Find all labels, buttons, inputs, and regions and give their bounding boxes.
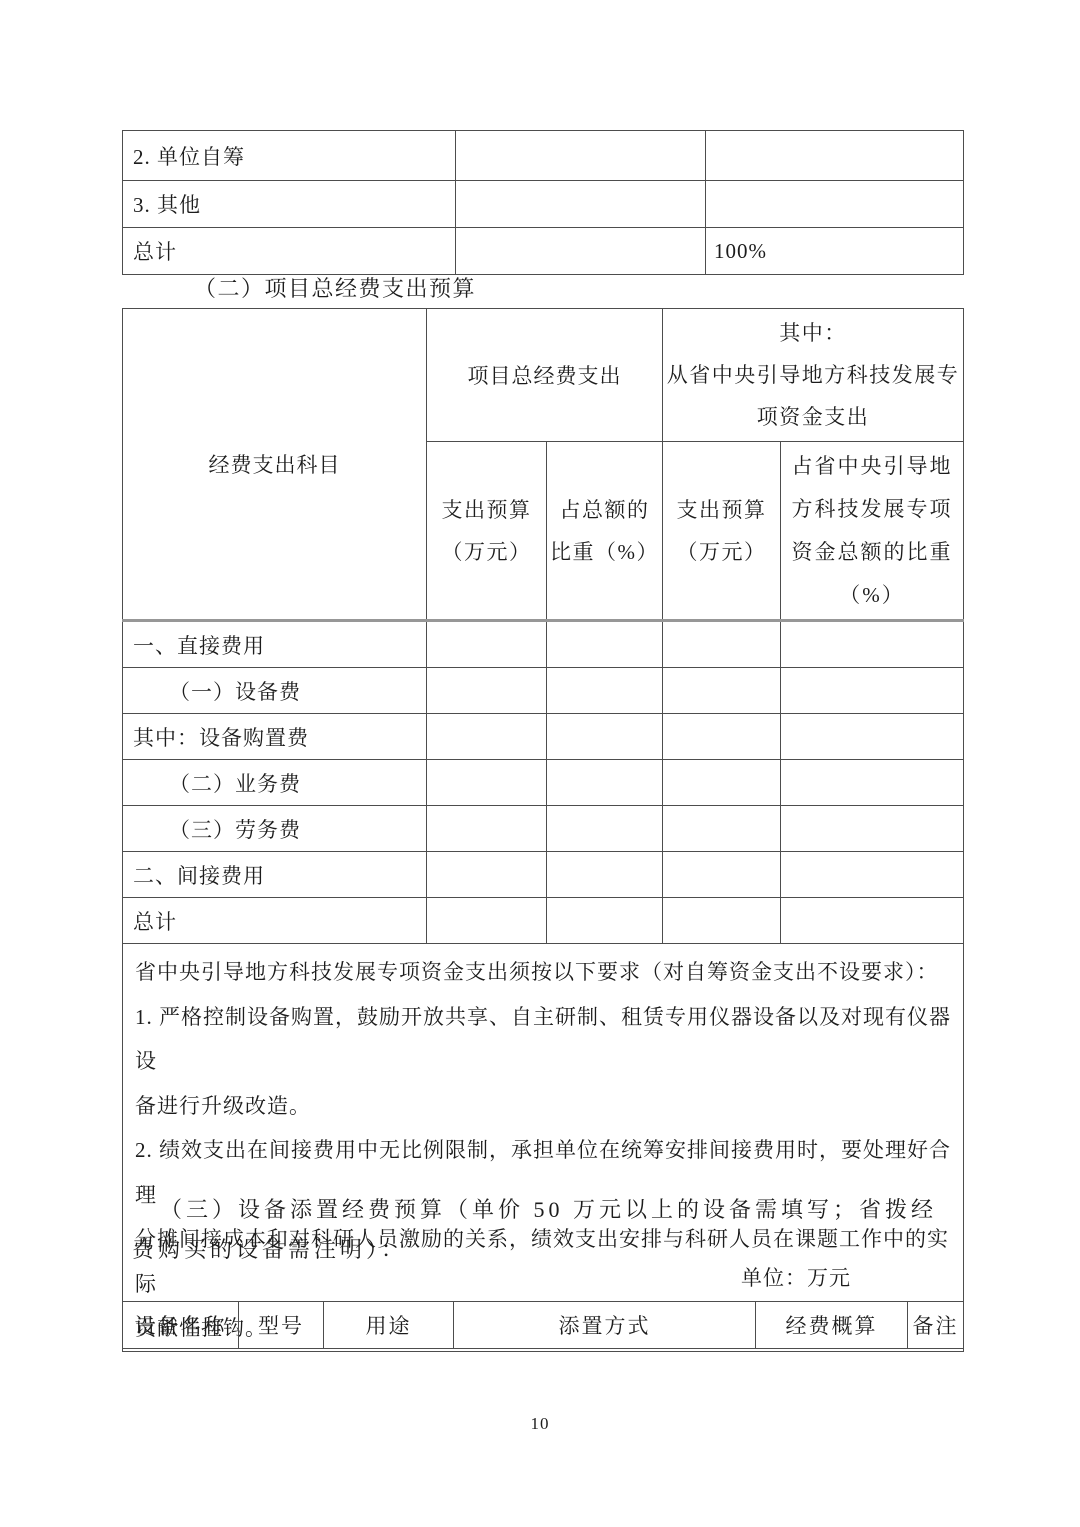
header-line: （%） bbox=[782, 574, 962, 617]
equipment-purpose-header: 用途 bbox=[324, 1302, 454, 1349]
funding-sources-table: 2. 单位自筹 3. 其他 总计 100% bbox=[122, 130, 964, 275]
value-cell bbox=[781, 621, 964, 668]
value-cell bbox=[427, 898, 547, 944]
note-line: 1. 严格控制设备购置，鼓励开放共享、自主研制、租赁专用仪器设备以及对现有仪器设 bbox=[135, 995, 951, 1084]
value-cell bbox=[781, 668, 964, 714]
funding-ratio-cell bbox=[706, 181, 964, 228]
table-row: 3. 其他 bbox=[123, 181, 964, 228]
expense-row-label: （三）劳务费 bbox=[123, 806, 427, 852]
value-cell bbox=[547, 714, 663, 760]
header-budget-col: 支出预算 （万元） bbox=[427, 442, 547, 621]
header-fund-budget-col: 支出预算 （万元） bbox=[663, 442, 781, 621]
page-number: 10 bbox=[0, 1414, 1080, 1434]
table-header-row: 经费支出科目 项目总经费支出 其中： 从省中央引导地方科技发展专 项资金支出 bbox=[123, 309, 964, 442]
value-cell bbox=[427, 714, 547, 760]
funding-budget-cell bbox=[456, 181, 706, 228]
expense-row-label: （一）设备费 bbox=[123, 668, 427, 714]
funding-budget-cell bbox=[456, 228, 706, 275]
table-row: （二）业务费 bbox=[123, 760, 964, 806]
table-row: 总计 bbox=[123, 898, 964, 944]
value-cell bbox=[547, 806, 663, 852]
funding-ratio-cell bbox=[706, 131, 964, 181]
value-cell bbox=[427, 852, 547, 898]
value-cell bbox=[547, 621, 663, 668]
funding-total-label: 总计 bbox=[123, 228, 456, 275]
header-group-special-fund: 其中： 从省中央引导地方科技发展专 项资金支出 bbox=[663, 309, 964, 442]
header-fund-ratio-col: 占省中央引导地 方科技发展专项 资金总额的比重 （%） bbox=[781, 442, 964, 621]
funding-total-ratio: 100% bbox=[706, 228, 964, 275]
header-group-total-expenditure: 项目总经费支出 bbox=[427, 309, 663, 442]
value-cell bbox=[663, 668, 781, 714]
header-line: 占总额的 bbox=[548, 489, 661, 531]
value-cell bbox=[427, 760, 547, 806]
expense-total-label: 总计 bbox=[123, 898, 427, 944]
table-row: 一、直接费用 bbox=[123, 621, 964, 668]
table-row: 2. 单位自筹 bbox=[123, 131, 964, 181]
table-header-row: 设备名称 型号 用途 添置方式 经费概算 备注 bbox=[123, 1302, 964, 1349]
value-cell bbox=[663, 760, 781, 806]
expense-row-label: 一、直接费用 bbox=[123, 621, 427, 668]
equipment-acquisition-header: 添置方式 bbox=[454, 1302, 756, 1349]
value-cell bbox=[663, 714, 781, 760]
equipment-budget-table: 设备名称 型号 用途 添置方式 经费概算 备注 bbox=[122, 1301, 964, 1349]
value-cell bbox=[781, 898, 964, 944]
header-line: 支出预算 bbox=[664, 489, 779, 531]
unit-label: 单位：万元 bbox=[122, 1262, 963, 1292]
value-cell bbox=[781, 852, 964, 898]
header-subject-cell: 经费支出科目 bbox=[123, 309, 427, 621]
header-ratio-col: 占总额的 比重（%） bbox=[547, 442, 663, 621]
value-cell bbox=[781, 714, 964, 760]
value-cell bbox=[663, 852, 781, 898]
document-page: 2. 单位自筹 3. 其他 总计 100% （二）项目总经费支出预算 经费支出科… bbox=[0, 0, 1080, 1527]
value-cell bbox=[663, 806, 781, 852]
value-cell bbox=[781, 760, 964, 806]
expense-row-label: （二）业务费 bbox=[123, 760, 427, 806]
note-line: 省中央引导地方科技发展专项资金支出须按以下要求（对自筹资金支出不设要求）： bbox=[135, 950, 951, 995]
funding-row-label: 3. 其他 bbox=[123, 181, 456, 228]
value-cell bbox=[427, 806, 547, 852]
value-cell bbox=[547, 760, 663, 806]
expense-row-label: 其中：设备购置费 bbox=[123, 714, 427, 760]
section3-title-line: （三）设备添置经费预算（单价 50 万元以上的设备需填写；省拨经 bbox=[122, 1190, 982, 1230]
header-line: 项资金支出 bbox=[664, 396, 962, 438]
table-row: 二、间接费用 bbox=[123, 852, 964, 898]
table-row: 其中：设备购置费 bbox=[123, 714, 964, 760]
funding-budget-cell bbox=[456, 131, 706, 181]
table-row: 总计 100% bbox=[123, 228, 964, 275]
value-cell bbox=[663, 898, 781, 944]
table-row: （三）劳务费 bbox=[123, 806, 964, 852]
funding-row-label: 2. 单位自筹 bbox=[123, 131, 456, 181]
value-cell bbox=[547, 668, 663, 714]
equipment-model-header: 型号 bbox=[239, 1302, 324, 1349]
equipment-name-header: 设备名称 bbox=[123, 1302, 239, 1349]
equipment-remarks-header: 备注 bbox=[908, 1302, 964, 1349]
header-line: 比重（%） bbox=[548, 531, 661, 573]
header-line: 从省中央引导地方科技发展专 bbox=[664, 354, 962, 396]
value-cell bbox=[547, 852, 663, 898]
table-row: （一）设备费 bbox=[123, 668, 964, 714]
value-cell bbox=[781, 806, 964, 852]
equipment-cost-header: 经费概算 bbox=[756, 1302, 908, 1349]
header-line: 资金总额的比重 bbox=[782, 531, 962, 574]
value-cell bbox=[547, 898, 663, 944]
section2-title: （二）项目总经费支出预算 bbox=[122, 272, 963, 303]
value-cell bbox=[427, 668, 547, 714]
note-line: 备进行升级改造。 bbox=[135, 1084, 951, 1129]
header-line: 方科技发展专项 bbox=[782, 488, 962, 531]
value-cell bbox=[427, 621, 547, 668]
value-cell bbox=[663, 621, 781, 668]
section3-title: （三）设备添置经费预算（单价 50 万元以上的设备需填写；省拨经 费购买的设备需… bbox=[122, 1190, 982, 1270]
header-line: 支出预算 bbox=[428, 489, 545, 531]
header-line: （万元） bbox=[428, 531, 545, 573]
header-line: 其中： bbox=[664, 312, 962, 354]
header-line: （万元） bbox=[664, 531, 779, 573]
expense-row-label: 二、间接费用 bbox=[123, 852, 427, 898]
header-line: 占省中央引导地 bbox=[782, 445, 962, 488]
